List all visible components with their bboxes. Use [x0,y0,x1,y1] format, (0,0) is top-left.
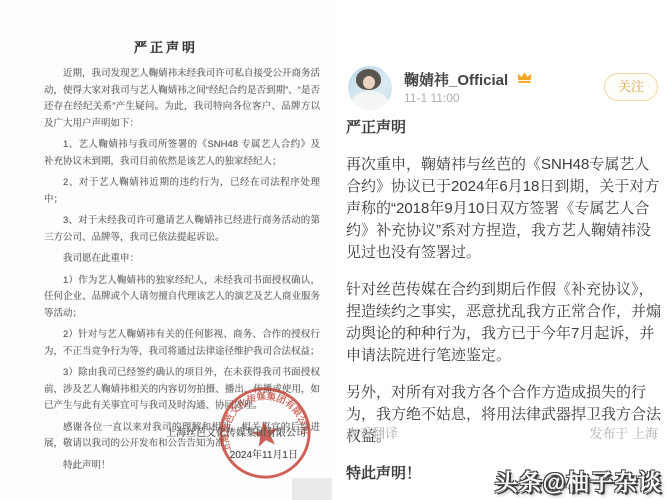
posted-from-location: 发布于 上海 [589,423,658,442]
document-date: 2024年11月1日 [230,446,298,461]
statement-document: 严正声明 近期，我司发现艺人鞠婧祎未经我司许可私自接受公开商务活动，使得大家对我… [0,0,332,500]
document-paragraph: 1、艺人鞠婧祎与我司所签署的《SNH48 专属艺人合约》及补充协议未到期，我司目… [44,137,320,170]
toutiao-watermark: 头条@柚子杂谈 [495,464,662,497]
document-paragraph: 3、对于未经我司许可邀请艺人鞠婧祎已经进行商务活动的第三方公司、品牌等，我司已依… [44,213,320,246]
post-title: 严正声明 [346,117,664,139]
document-paragraph: 我司愿在此重申： [44,251,320,268]
author-name[interactable]: 鞠婧祎_Official [404,72,508,89]
document-company-signature: 上海丝芭文化传媒集团有限公司 [166,424,306,439]
post-timestamp: 11-1 11:00 [404,91,460,105]
document-paragraph: 1）作为艺人鞠婧祎的独家经纪人，未经我司书面授权确认，任何企业、品牌或个人请勿擅… [44,273,320,323]
post-header: 鞠婧祎_Official 11-1 11:00 关注 [348,66,658,116]
weibo-post: 鞠婧祎_Official 11-1 11:00 关注 严正声明 再次重申，鞠婧祎… [332,0,667,500]
photo-background-edge [292,478,336,500]
seal-curved-text: 上海丝芭文化传媒集团有限公司 [213,384,313,454]
document-paragraph: 近期，我司发现艺人鞠婧祎未经我司许可私自接受公开商务活动，使得大家对我司与艺人鞠… [44,66,320,132]
vip-crown-icon [517,71,532,89]
post-footer: 查看翻译 发布于 上海 [346,423,658,442]
avatar-face [363,76,375,89]
avatar[interactable] [348,66,392,110]
view-translation-link[interactable]: 查看翻译 [346,423,398,442]
document-paragraph: 2）针对与艺人鞠婧祎有关的任何影视、商务、合作的授权行为，不正当竞争行为等，我司… [44,327,320,360]
document-paragraph: 2、对于艺人鞠婧祎近期的违约行为，已经在司法程序处理中； [44,175,320,208]
svg-text:上海丝芭文化传媒集团有限公司: 上海丝芭文化传媒集团有限公司 [213,384,313,454]
avatar-shirt [352,91,388,110]
post-paragraph: 针对丝芭传媒在合约到期后作假《补充协议》，捏造续约之事实，恶意扰乱我方正常合作，… [346,279,664,367]
follow-button[interactable]: 关注 [604,73,658,101]
post-paragraph: 再次重申，鞠婧祎与丝芭的《SNH48专属艺人合约》协议已于2024年6月18日到… [346,154,664,264]
author-row: 鞠婧祎_Official [404,69,532,90]
document-title: 严正声明 [0,37,332,56]
